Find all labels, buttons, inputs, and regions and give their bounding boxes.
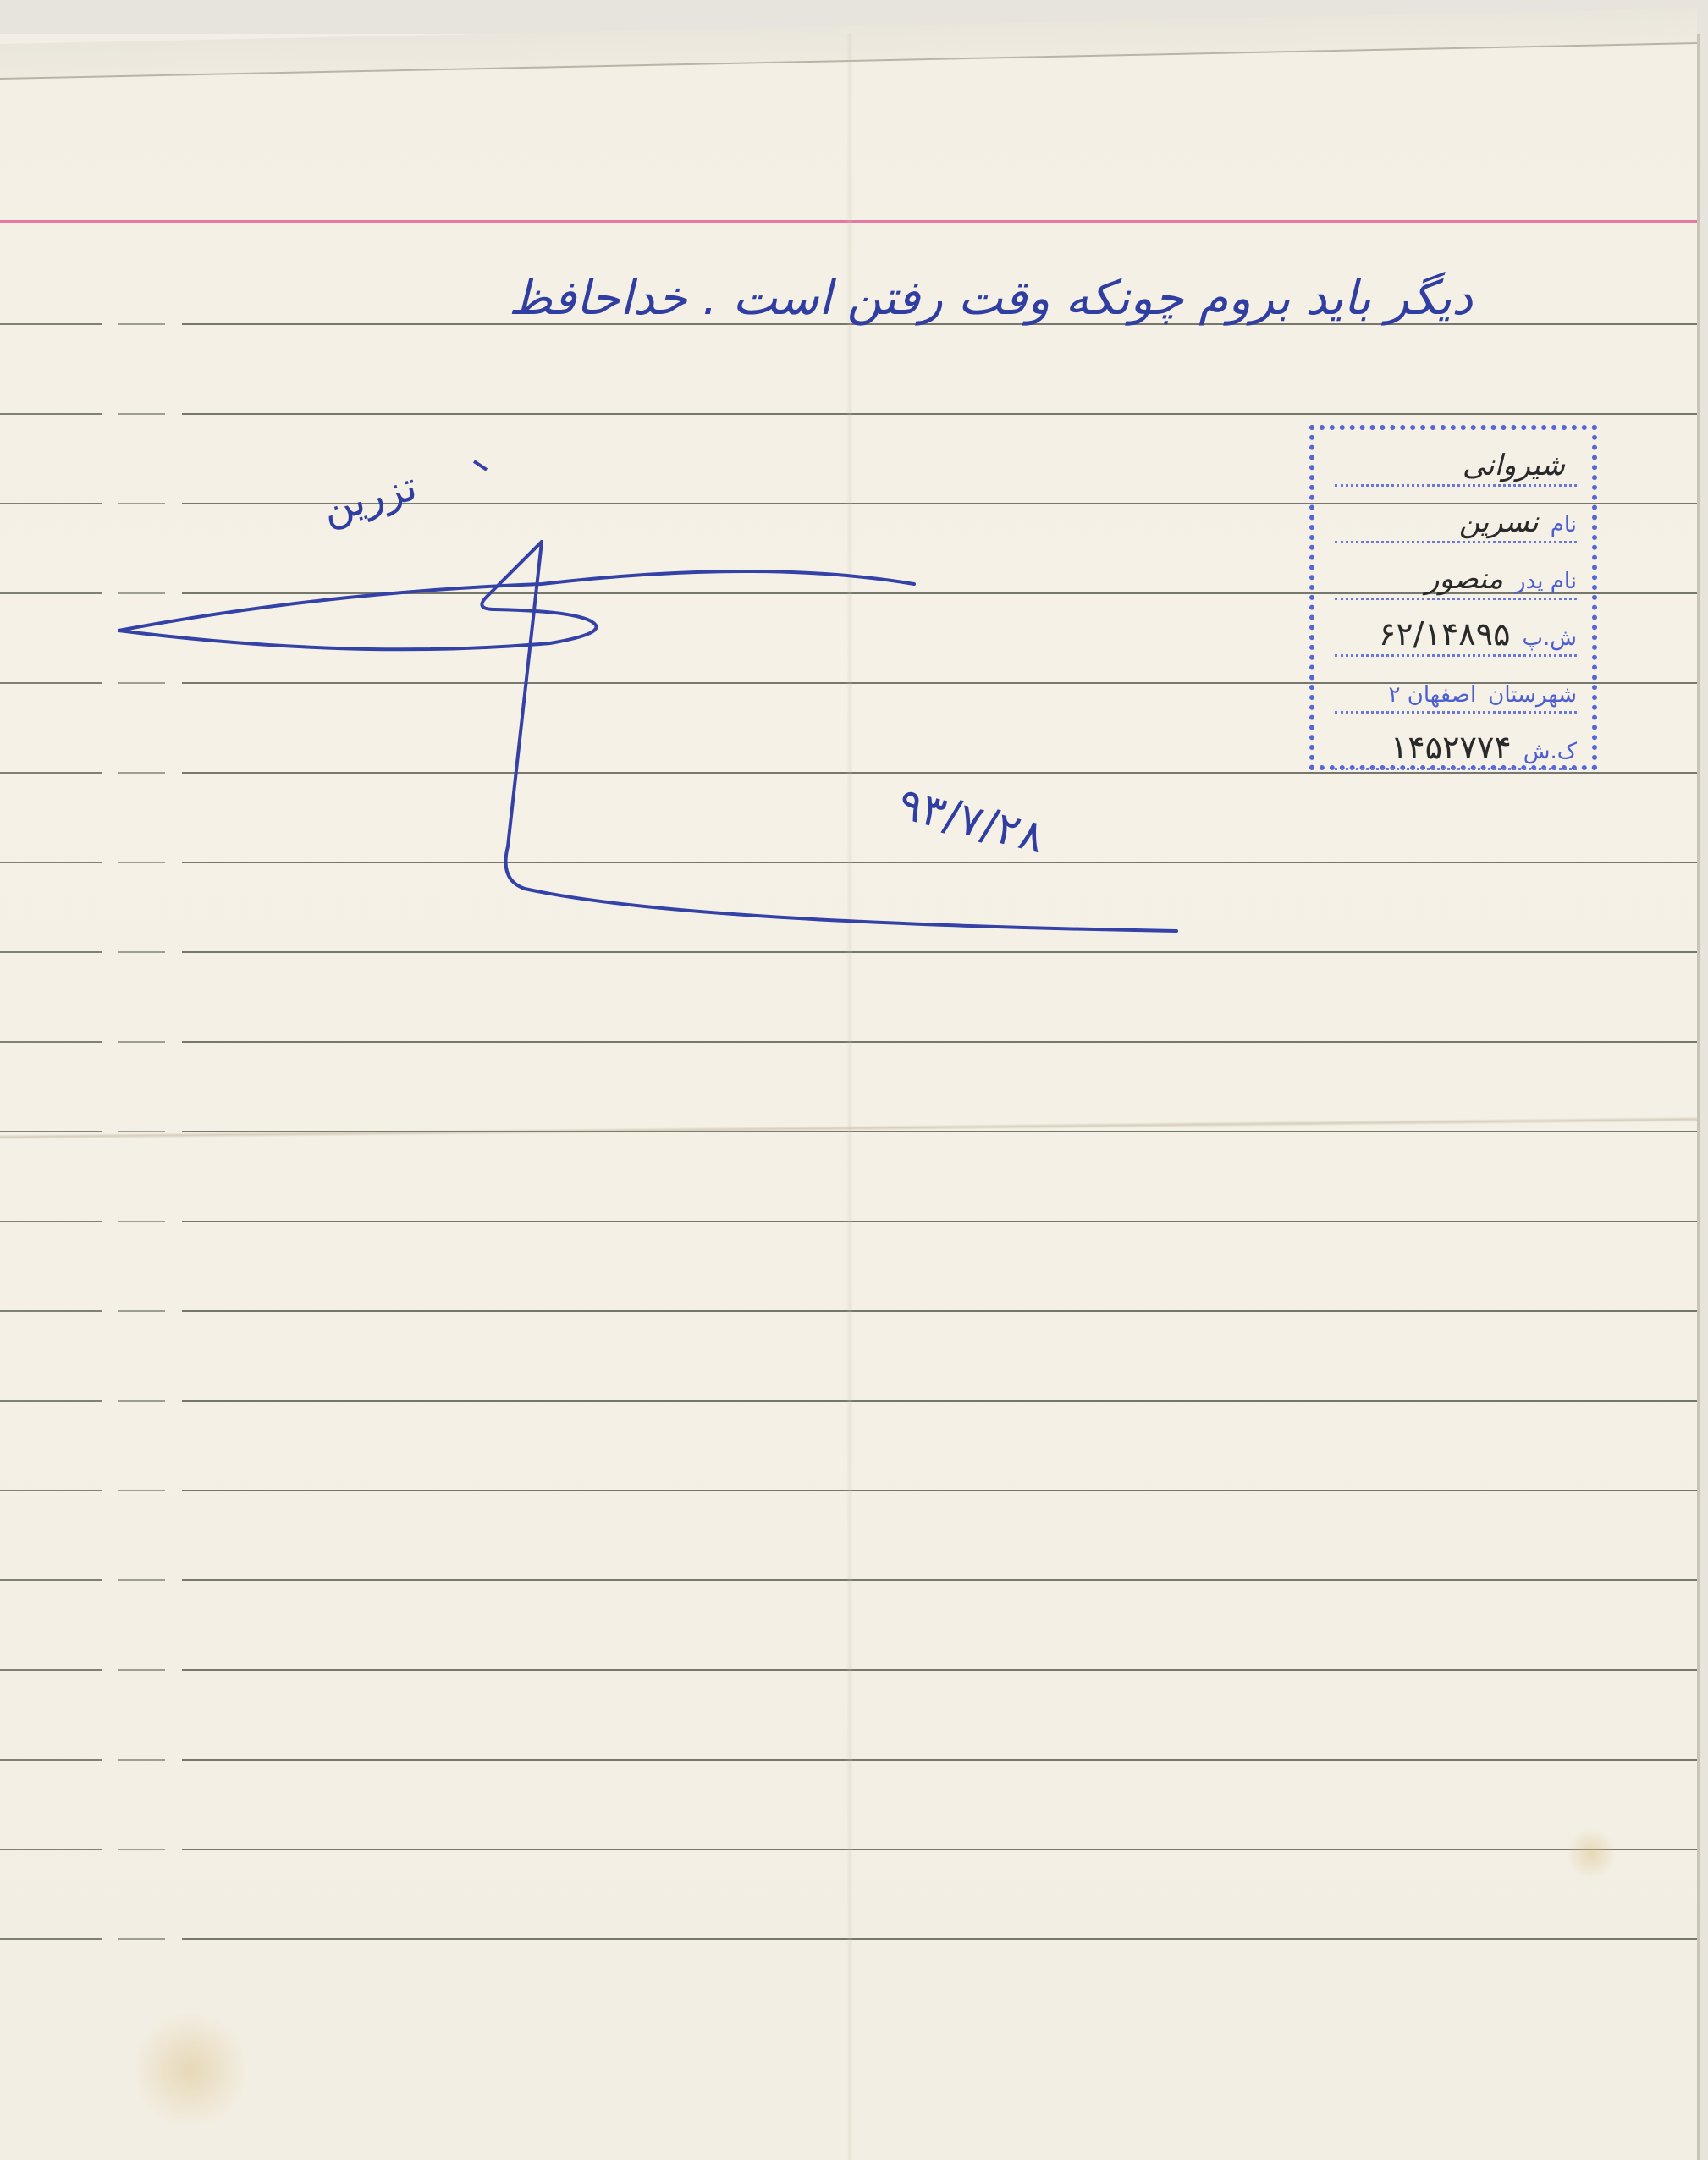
ruled-paper-sheet xyxy=(0,34,1700,2160)
stamp-row-name: نام نسرین xyxy=(1335,487,1577,543)
stamp-row-father-name: نام پدر منصور xyxy=(1335,543,1577,600)
stamp-row-national-code: ک.ش ۱۴۵۲۷۷۴ xyxy=(1335,714,1577,770)
stamp-father-name: منصور xyxy=(1425,562,1503,598)
stamp-surname: شیروانی xyxy=(1463,449,1565,484)
identity-stamp: شیروانی نام نسرین نام پدر منصور ش.پ ۶۲/۱… xyxy=(1309,425,1597,770)
stamp-row-id-number: ش.پ ۶۲/۱۴۸۹۵ xyxy=(1335,600,1577,657)
vertical-fold-crease xyxy=(846,34,853,2160)
stamp-national-code: ۱۴۵۲۷۷۴ xyxy=(1391,729,1512,768)
stamp-first-name: نسرین xyxy=(1459,505,1539,541)
stamp-row-surname: شیروانی xyxy=(1335,430,1577,487)
stamp-id-number: ۶۲/۱۴۸۹۵ xyxy=(1379,615,1511,654)
closing-line-text: دیگر باید بروم چونکه وقت رفتن است . خداح… xyxy=(660,271,1473,326)
paper-stain xyxy=(1566,1828,1617,1879)
stamp-city: اصفهان ۲ xyxy=(1389,682,1477,711)
paper-stain xyxy=(135,2006,245,2133)
stamp-row-city: شهرستان اصفهان ۲ xyxy=(1335,657,1577,714)
